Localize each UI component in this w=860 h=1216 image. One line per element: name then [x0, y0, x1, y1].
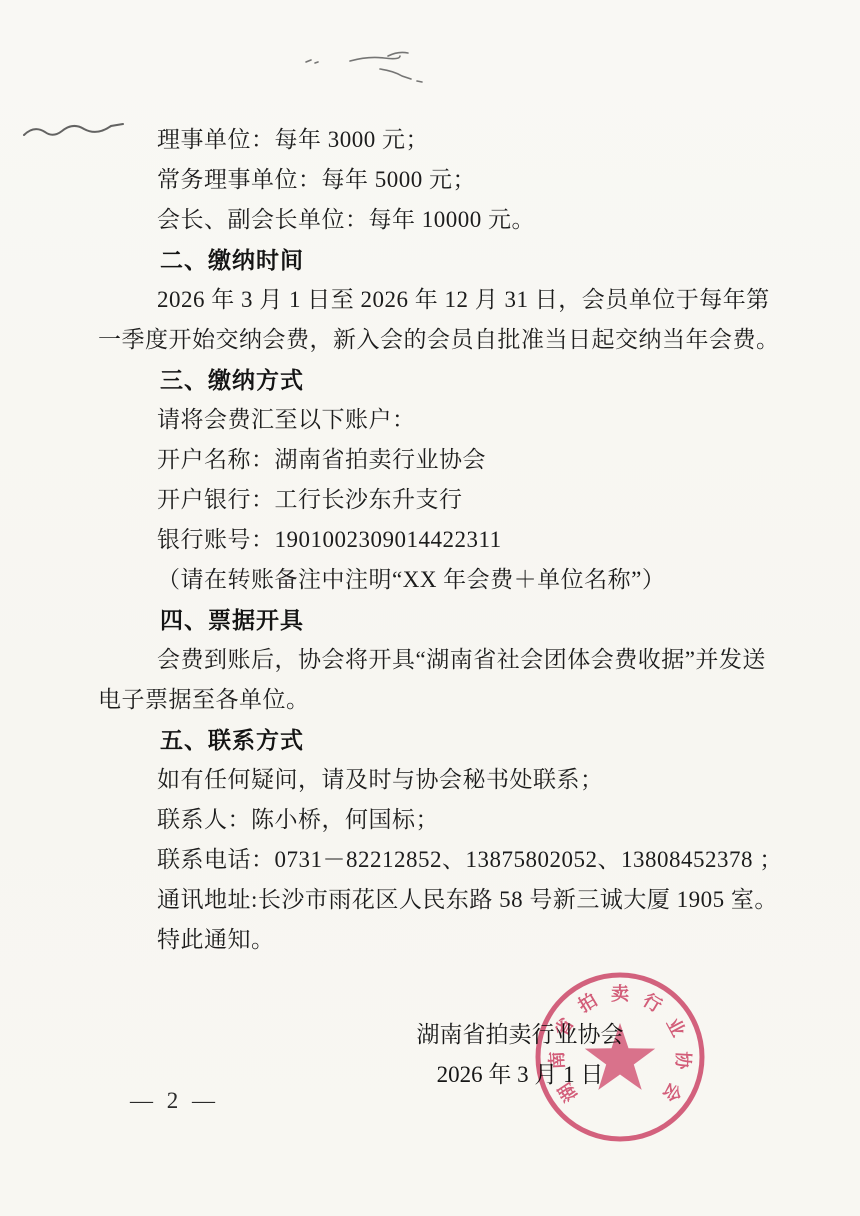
para-payment-time-1: 2026 年 3 月 1 日至 2026 年 12 月 31 日，会员单位于每年… [157, 280, 772, 320]
line-contact-persons: 联系人：陈小桥，何国标； [157, 800, 772, 840]
heading-payment-method: 三、缴纳方式 [160, 360, 772, 400]
svg-text:业: 业 [663, 1015, 689, 1040]
heading-contact: 五、联系方式 [160, 720, 772, 760]
svg-text:会: 会 [659, 1079, 686, 1106]
heading-invoice: 四、票据开具 [160, 600, 772, 640]
line-account-name: 开户名称：湖南省拍卖行业协会 [157, 440, 772, 480]
seal-star-icon [585, 1023, 655, 1090]
official-seal-stamp: 湖 南 省 拍 卖 行 业 协 会 [525, 962, 715, 1152]
scanned-notice-page: { "meta": { "page_number": "— 2 —", "doc… [0, 0, 860, 1216]
line-account-number: 银行账号：1901002309014422311 [157, 520, 772, 560]
fee-line-executive: 常务理事单位：每年 5000 元； [157, 160, 772, 200]
heading-payment-time: 二、缴纳时间 [160, 240, 772, 280]
svg-text:行: 行 [640, 989, 666, 1016]
svg-text:卖: 卖 [611, 983, 629, 1004]
document-body: 理事单位：每年 3000 元； 常务理事单位：每年 5000 元； 会长、副会长… [0, 0, 860, 1095]
fee-line-president: 会长、副会长单位：每年 10000 元。 [157, 200, 772, 240]
line-contact-address: 通讯地址:长沙市雨花区人民东路 58 号新三诚大厦 1905 室。 [157, 880, 772, 920]
svg-text:拍: 拍 [574, 989, 600, 1016]
line-remit-intro: 请将会费汇至以下账户： [157, 400, 772, 440]
line-contact-phones: 联系电话：0731－82212852、13875802052、138084523… [157, 840, 772, 880]
para-invoice-2: 电子票据至各单位。 [98, 680, 772, 720]
fee-line-director: 理事单位：每年 3000 元； [157, 120, 772, 160]
line-bank-name: 开户银行：工行长沙东升支行 [157, 480, 772, 520]
svg-text:省: 省 [550, 1014, 577, 1040]
svg-text:协: 协 [672, 1051, 694, 1071]
line-contact-intro: 如有任何疑问，请及时与协会秘书处联系； [157, 760, 772, 800]
line-remark-note: （请在转账备注中注明“XX 年会费＋单位名称”） [157, 560, 772, 600]
line-hereby-notice: 特此通知。 [157, 920, 772, 960]
svg-text:南: 南 [546, 1051, 568, 1070]
svg-text:湖: 湖 [554, 1079, 581, 1106]
page-number: — 2 — [130, 1088, 219, 1114]
para-invoice-1: 会费到账后，协会将开具“湖南省社会团体会费收据”并发送 [157, 640, 772, 680]
para-payment-time-2: 一季度开始交纳会费，新入会的会员自批准当日起交纳当年会费。 [98, 320, 772, 360]
